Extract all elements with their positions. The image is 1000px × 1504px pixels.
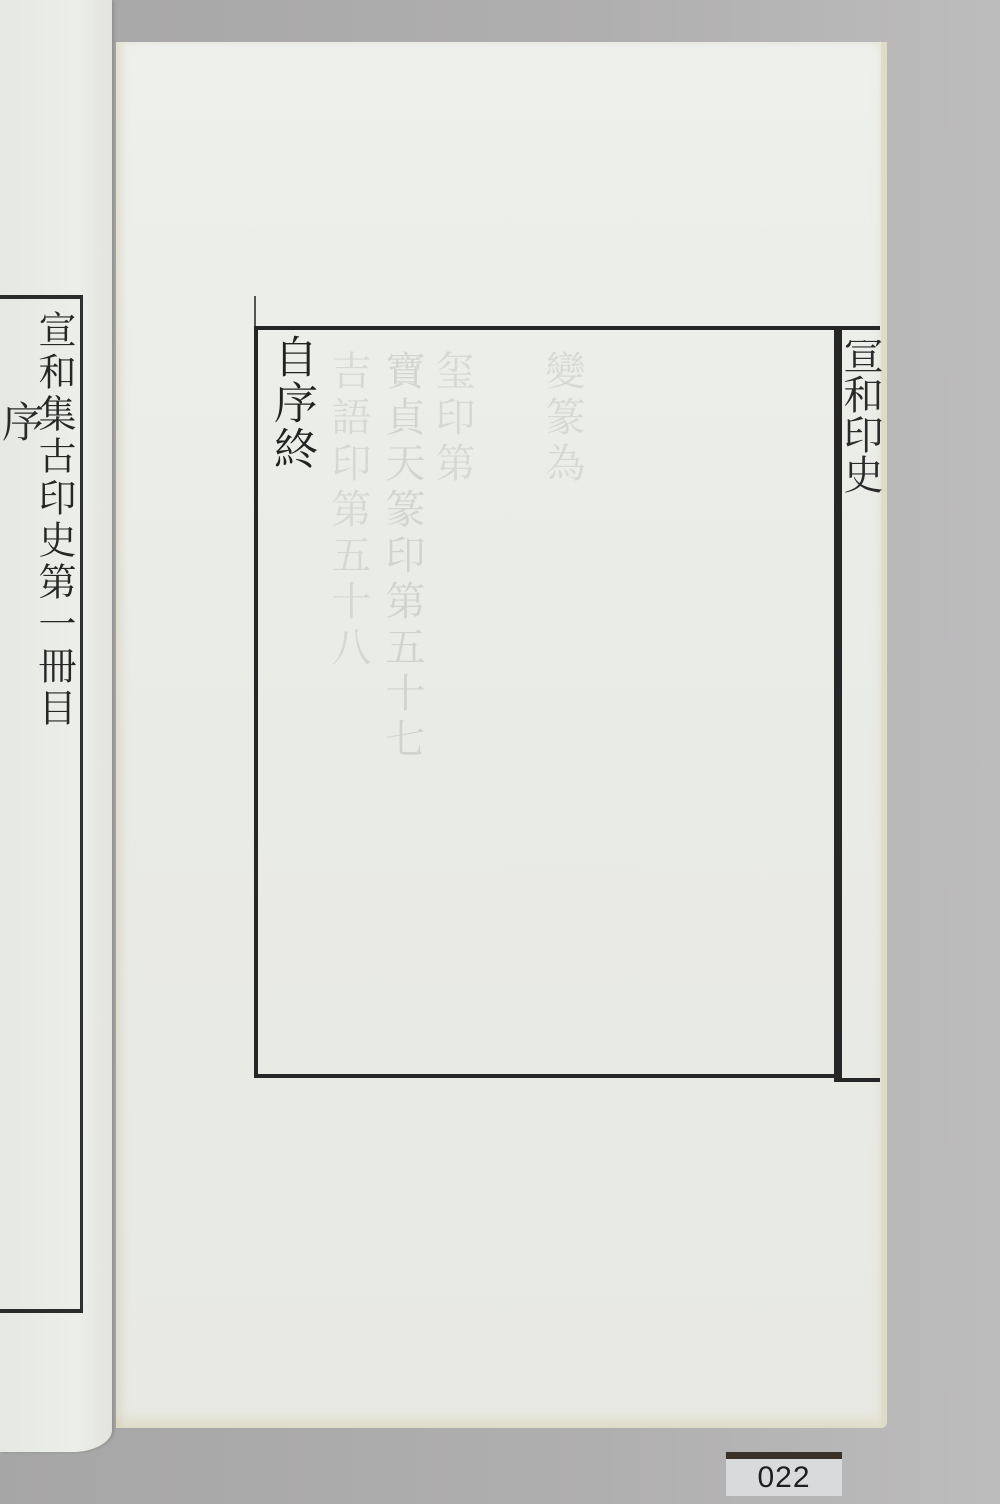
label-top-bar: [726, 1452, 842, 1459]
frame-guide-tick: [254, 296, 256, 330]
left-page-title-column: 宣和集古印史第一冊目: [32, 310, 76, 730]
show-through-column: 變篆為: [540, 350, 584, 488]
show-through-column: 寶貞天篆印第五十七: [380, 350, 424, 764]
page-number: 022: [726, 1459, 842, 1496]
left-page: 序 宣和集古印史第一冊目: [0, 0, 112, 1452]
banxin-title: 宣和印史: [838, 340, 882, 494]
page-number-label: 022: [726, 1452, 842, 1496]
show-through-column: 吉語印第五十八: [326, 350, 370, 672]
show-through-column: 玺印第: [430, 350, 474, 488]
preface-end-marker: 自序終: [266, 334, 316, 472]
